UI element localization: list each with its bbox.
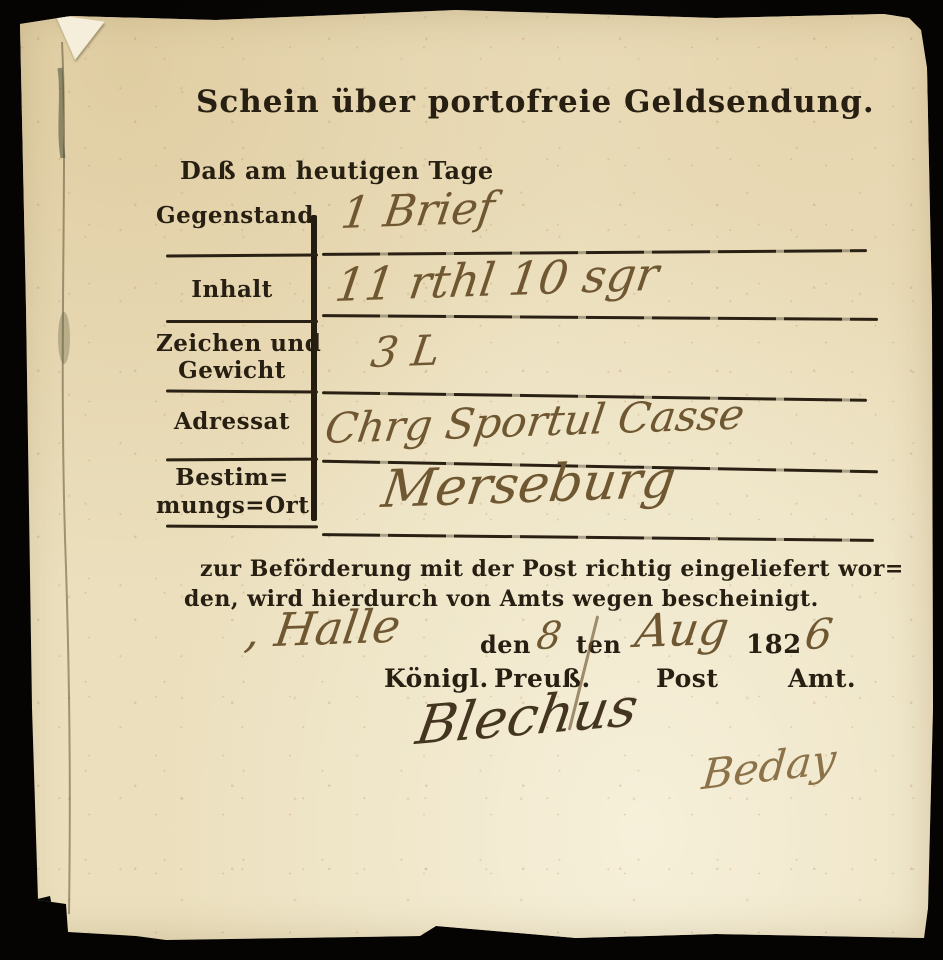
rule-value-5 (322, 533, 874, 542)
entry-bestimmungs-ort: Merseburg (378, 450, 679, 520)
row-label-gegenstand: Gegenstand (156, 202, 308, 229)
dateline-den: den (480, 630, 531, 659)
row-label-adressat: Adressat (156, 408, 308, 435)
dateline-day: 8 (534, 613, 565, 658)
handwritten-annotation: Beday (700, 734, 838, 799)
dateline-place: , Halle (242, 599, 404, 658)
rule-value-2 (322, 314, 878, 321)
entry-adressat: Chrg Sportul Casse (322, 389, 748, 453)
issuer-post: Post (656, 664, 718, 693)
entry-gegenstand: 1 Brief (338, 183, 498, 239)
rule-label-2 (166, 320, 318, 323)
document-paper: Schein über portofreie Geldsendung. Daß … (16, 8, 936, 944)
row-label-bestimmungs-line1: Bestim= (156, 464, 308, 491)
dateline-ten: ten (576, 630, 621, 659)
row-label-zeichen-line2: Gewicht (156, 357, 308, 384)
entry-inhalt: 11 rthl 10 sgr (332, 247, 662, 312)
entry-zeichen-gewicht: 3 L (368, 326, 443, 377)
intro-line: Daß am heutigen Tage (180, 156, 494, 185)
issuer-amt: Amt. (788, 664, 856, 693)
dateline-month: Aug (632, 601, 732, 658)
rule-label-3 (166, 389, 318, 393)
certification-line-1: zur Beförderung mit der Post richtig ein… (200, 556, 904, 582)
row-label-zeichen-line1: Zeichen und (156, 330, 308, 357)
rule-label-1 (166, 253, 318, 257)
table-vertical-divider (311, 215, 317, 521)
row-label-inhalt: Inhalt (156, 276, 308, 303)
scan-background: { "colors":{ "background":"#050403", "pa… (0, 0, 943, 960)
dog-ear-fold (49, 15, 104, 64)
dateline-year-hand: 6 (802, 609, 836, 659)
issuer-koenigl: Königl. (384, 664, 489, 693)
dateline-year-printed: 182 (746, 630, 802, 660)
rule-label-4 (166, 458, 318, 462)
row-label-bestimmungs-line2: mungs=Ort (156, 492, 308, 519)
tear-notch (16, 896, 66, 944)
document-title: Schein über portofreie Geldsendung. (196, 84, 816, 120)
rule-label-5 (166, 525, 318, 529)
